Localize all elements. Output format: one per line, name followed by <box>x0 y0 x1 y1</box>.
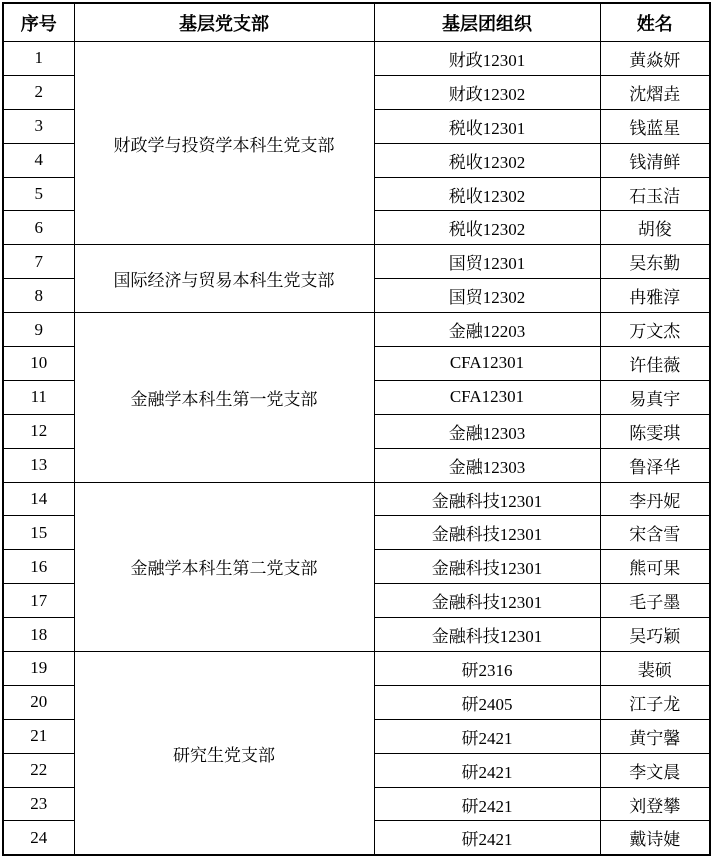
header-name: 姓名 <box>600 3 710 42</box>
cell-name: 许佳薇 <box>600 347 710 381</box>
cell-number: 9 <box>3 313 74 347</box>
cell-name: 易真宇 <box>600 380 710 414</box>
cell-league-org: 税收12302 <box>374 211 600 245</box>
table-row: 7国际经济与贸易本科生党支部国贸12301吴东勤 <box>3 245 710 279</box>
cell-name: 吴巧颖 <box>600 618 710 652</box>
cell-party-branch: 金融学本科生第二党支部 <box>74 482 374 651</box>
table-row: 14金融学本科生第二党支部金融科技12301李丹妮 <box>3 482 710 516</box>
header-league-org: 基层团组织 <box>374 3 600 42</box>
header-party-branch: 基层党支部 <box>74 3 374 42</box>
cell-number: 19 <box>3 652 74 686</box>
cell-league-org: CFA12301 <box>374 380 600 414</box>
cell-league-org: 金融12203 <box>374 313 600 347</box>
cell-party-branch: 研究生党支部 <box>74 652 374 856</box>
cell-name: 沈熠垚 <box>600 75 710 109</box>
cell-number: 18 <box>3 618 74 652</box>
cell-number: 7 <box>3 245 74 279</box>
cell-league-org: 研2405 <box>374 685 600 719</box>
party-league-roster-table: 序号 基层党支部 基层团组织 姓名 1财政学与投资学本科生党支部财政12301黄… <box>2 2 711 856</box>
cell-number: 10 <box>3 347 74 381</box>
table-body: 1财政学与投资学本科生党支部财政12301黄焱妍2财政12302沈熠垚3税收12… <box>3 42 710 856</box>
cell-party-branch: 国际经济与贸易本科生党支部 <box>74 245 374 313</box>
cell-name: 黄宁馨 <box>600 719 710 753</box>
cell-number: 5 <box>3 177 74 211</box>
cell-number: 24 <box>3 821 74 855</box>
cell-name: 刘登攀 <box>600 787 710 821</box>
cell-name: 江子龙 <box>600 685 710 719</box>
cell-name: 李丹妮 <box>600 482 710 516</box>
cell-name: 石玉洁 <box>600 177 710 211</box>
table-row: 9金融学本科生第一党支部金融12203万文杰 <box>3 313 710 347</box>
cell-league-org: 金融科技12301 <box>374 584 600 618</box>
cell-number: 4 <box>3 143 74 177</box>
table-row: 19研究生党支部研2316裴硕 <box>3 652 710 686</box>
cell-name: 钱蓝星 <box>600 109 710 143</box>
cell-number: 20 <box>3 685 74 719</box>
cell-name: 吴东勤 <box>600 245 710 279</box>
cell-name: 李文晨 <box>600 753 710 787</box>
cell-name: 裴硕 <box>600 652 710 686</box>
cell-party-branch: 金融学本科生第一党支部 <box>74 313 374 482</box>
cell-league-org: 财政12301 <box>374 42 600 76</box>
cell-party-branch: 财政学与投资学本科生党支部 <box>74 42 374 245</box>
cell-number: 6 <box>3 211 74 245</box>
cell-number: 12 <box>3 414 74 448</box>
table-row: 1财政学与投资学本科生党支部财政12301黄焱妍 <box>3 42 710 76</box>
table-header-row: 序号 基层党支部 基层团组织 姓名 <box>3 3 710 42</box>
cell-league-org: 研2421 <box>374 753 600 787</box>
cell-name: 宋含雪 <box>600 516 710 550</box>
cell-name: 钱清鲜 <box>600 143 710 177</box>
cell-league-org: 税收12302 <box>374 143 600 177</box>
cell-number: 11 <box>3 380 74 414</box>
cell-league-org: 税收12301 <box>374 109 600 143</box>
cell-league-org: 研2421 <box>374 719 600 753</box>
cell-league-org: 税收12302 <box>374 177 600 211</box>
cell-league-org: 国贸12302 <box>374 279 600 313</box>
cell-name: 鲁泽华 <box>600 448 710 482</box>
cell-league-org: 金融科技12301 <box>374 550 600 584</box>
cell-number: 14 <box>3 482 74 516</box>
cell-name: 胡俊 <box>600 211 710 245</box>
cell-number: 23 <box>3 787 74 821</box>
cell-league-org: 国贸12301 <box>374 245 600 279</box>
header-number: 序号 <box>3 3 74 42</box>
cell-number: 22 <box>3 753 74 787</box>
cell-number: 13 <box>3 448 74 482</box>
cell-number: 15 <box>3 516 74 550</box>
cell-name: 戴诗婕 <box>600 821 710 855</box>
cell-league-org: 金融科技12301 <box>374 618 600 652</box>
cell-name: 黄焱妍 <box>600 42 710 76</box>
cell-league-org: 研2316 <box>374 652 600 686</box>
cell-league-org: CFA12301 <box>374 347 600 381</box>
cell-league-org: 金融12303 <box>374 414 600 448</box>
cell-league-org: 研2421 <box>374 821 600 855</box>
cell-number: 21 <box>3 719 74 753</box>
cell-number: 1 <box>3 42 74 76</box>
cell-name: 毛子墨 <box>600 584 710 618</box>
cell-league-org: 金融12303 <box>374 448 600 482</box>
cell-number: 8 <box>3 279 74 313</box>
cell-league-org: 财政12302 <box>374 75 600 109</box>
cell-name: 冉雅淳 <box>600 279 710 313</box>
cell-number: 2 <box>3 75 74 109</box>
cell-name: 万文杰 <box>600 313 710 347</box>
cell-number: 16 <box>3 550 74 584</box>
cell-number: 17 <box>3 584 74 618</box>
cell-league-org: 金融科技12301 <box>374 516 600 550</box>
cell-name: 陈雯琪 <box>600 414 710 448</box>
cell-league-org: 研2421 <box>374 787 600 821</box>
cell-number: 3 <box>3 109 74 143</box>
cell-league-org: 金融科技12301 <box>374 482 600 516</box>
cell-name: 熊可果 <box>600 550 710 584</box>
